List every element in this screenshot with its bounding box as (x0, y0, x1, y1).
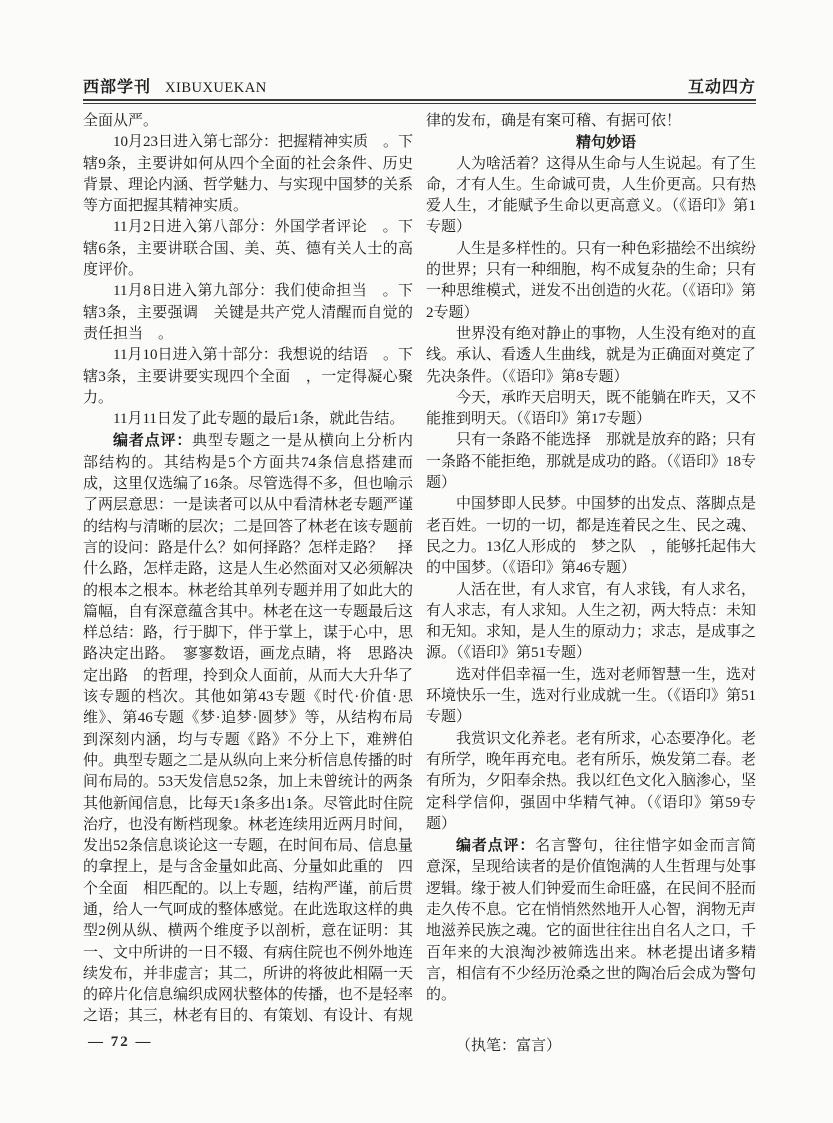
editor-comment: 编者点评：典型专题之一是从横向上分析内部结构的。其结构是5个方面共74条信息搭建… (83, 430, 413, 1027)
quote-paragraph: 世界没有绝对静止的事物，人生没有绝对的直线。承认、看透人生曲线，就是为正确面对奠… (426, 324, 756, 388)
journal-page: 西部学刊 XIBUXUEKAN 互动四方 全面从严。 10月23日进入第七部分：… (0, 0, 833, 1123)
section-heading: 精句妙语 (426, 132, 756, 153)
section-title: 互动四方 (688, 74, 756, 97)
editor-comment: 编者点评：名言警句，往往惜字如金而言简意深，呈现给读者的是价值饱满的人生哲理与处… (426, 835, 756, 1006)
left-column: 全面从严。 10月23日进入第七部分：把握精神实质 。下辖9条，主要讲如何从四个… (83, 111, 413, 1058)
quote-paragraph: 中国梦即人民梦。中国梦的出发点、落脚点是老百姓。一切的一切，都是连着民之生、民之… (426, 494, 756, 579)
continuation-paragraph: 律的发布，确是有案可稽、有据可依！ (426, 111, 756, 132)
editor-comment-label: 编者点评： (113, 432, 192, 449)
page-number: — 72 — (88, 1034, 153, 1051)
quote-paragraph: 只有一条路不能选择 那就是放弃的路；只有一条路不能拒绝，那就是成功的路。（《语印… (426, 430, 756, 494)
paragraph: 11月11日发了此专题的最后1条，就此告结。 (83, 409, 413, 430)
right-column: 律的发布，确是有案可稽、有据可依！ 精句妙语 人为啥活着？这得从生命与人生说起。… (426, 111, 756, 1058)
paragraph: 10月23日进入第七部分：把握精神实质 。下辖9条，主要讲如何从四个全面的社会条… (83, 132, 413, 217)
quote-paragraph: 我赏识文化养老。老有所求，心态要净化。老有所学，晚年再充电。老有所乐，焕发第二春… (426, 729, 756, 835)
quote-paragraph: 人活在世，有人求官，有人求钱，有人求名，有人求志，有人求知。人生之初，两大特点：… (426, 580, 756, 665)
quote-paragraph: 选对伴侣幸福一生，选对老师智慧一生，选对环境快乐一生，选对行业成就一生。（《语印… (426, 665, 756, 729)
paragraph: 11月8日进入第九部分：我们使命担当 。下辖3条，主要强调 关键是共产党人清醒而… (83, 281, 413, 345)
journal-title-latin: XIBUXUEKAN (165, 80, 267, 97)
byline: （执笔：富言） (426, 1036, 756, 1057)
paragraph: 11月2日进入第八部分：外国学者评论 。下辖6条，主要讲联合国、美、英、德有关人… (83, 217, 413, 281)
page-content: 西部学刊 XIBUXUEKAN 互动四方 全面从严。 10月23日进入第七部分：… (83, 74, 756, 1058)
page-header: 西部学刊 XIBUXUEKAN 互动四方 (83, 74, 756, 96)
two-column-body: 全面从严。 10月23日进入第七部分：把握精神实质 。下辖9条，主要讲如何从四个… (83, 111, 756, 1058)
editor-comment-label: 编者点评： (456, 837, 535, 854)
editor-comment-text: 典型专题之一是从横向上分析内部结构的。其结构是5个方面共74条信息搭建而成，这里… (83, 433, 413, 1024)
quote-paragraph: 今天，承昨天启明天，既不能躺在昨天，又不能推到明天。（《语印》第17专题） (426, 388, 756, 431)
journal-title: 西部学刊 (83, 74, 151, 97)
continuation-paragraph: 全面从严。 (83, 111, 413, 132)
paragraph: 11月10日进入第十部分：我想说的结语 。下辖3条，主要讲要实现四个全面 ，一定… (83, 345, 413, 409)
header-rule (83, 99, 756, 104)
journal-title-group: 西部学刊 XIBUXUEKAN (83, 74, 267, 97)
quote-paragraph: 人为啥活着？这得从生命与人生说起。有了生命，才有人生。生命诚可贵，人生价更高。只… (426, 154, 756, 239)
editor-comment-text: 名言警句，往往惜字如金而言简意深，呈现给读者的是价值饱满的人生哲理与处事逻辑。缘… (426, 838, 756, 1003)
quote-paragraph: 人生是多样性的。只有一种色彩描绘不出缤纷的世界；只有一种细胞，构不成复杂的生命；… (426, 239, 756, 324)
